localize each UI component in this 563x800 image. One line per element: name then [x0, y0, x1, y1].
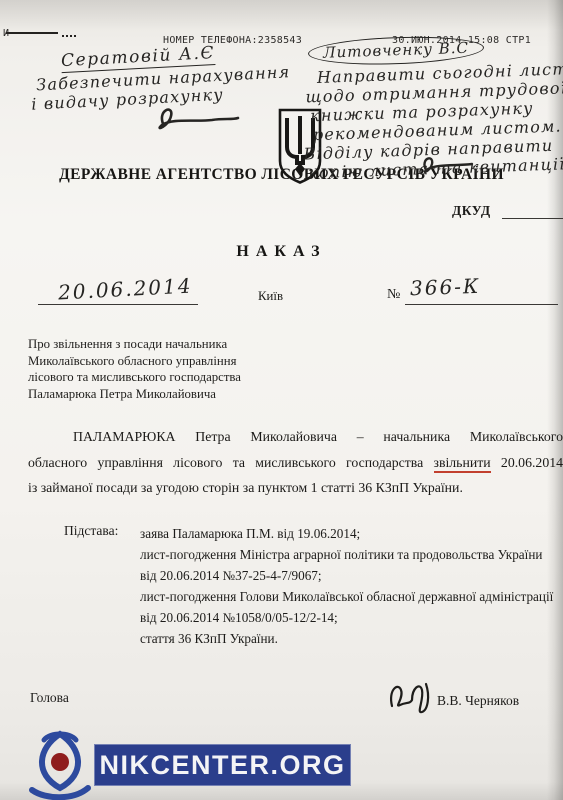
body-line-3: із займаної посади за угодою сторін за п…	[28, 475, 563, 501]
scan-shade-top	[0, 0, 563, 30]
number-blank-line	[405, 290, 558, 305]
body-line-2: обласного управління лісового та мисливс…	[28, 450, 563, 476]
body-line-1: ПАЛАМАРЮКА Петра Миколайовича – начальни…	[28, 424, 563, 450]
dkud-label: ДКУД	[452, 203, 491, 219]
red-underlined-word: звільнити	[434, 455, 491, 473]
nikcenter-watermark: NIKCENTER.ORG	[94, 744, 351, 786]
city-label: Київ	[258, 289, 283, 304]
grounds-list: заява Паламарюка П.М. від 19.06.2014; ли…	[140, 523, 562, 649]
subject-line: Про звільнення з посади начальника	[28, 336, 241, 353]
nikcenter-logo-icon	[22, 730, 98, 800]
grounds-label: Підстава:	[64, 523, 118, 539]
subject-line: Паламарюка Петра Миколайовича	[28, 386, 241, 403]
body-text: обласного управління лісового та мисливс…	[28, 455, 423, 470]
handwritten-signature-left	[138, 102, 248, 138]
number-sign: №	[387, 287, 400, 303]
nikcenter-site-label: NIKCENTER.ORG	[99, 750, 345, 781]
body-text: 20.06.2014	[501, 455, 563, 470]
subject-line: лісового та мисливського господарства	[28, 369, 241, 386]
grounds-item: лист-погодження Міністра аграрної політи…	[140, 544, 562, 586]
fax-left-line	[6, 32, 58, 34]
grounds-item: стаття 36 КЗпП України.	[140, 628, 562, 649]
signer-name: В.В. Черняков	[437, 693, 519, 709]
order-body: ПАЛАМАРЮКА Петра Миколайовича – начальни…	[28, 424, 563, 501]
signer-position-label: Голова	[30, 690, 69, 706]
subject-line: Миколаївського обласного управління	[28, 353, 241, 370]
dkud-blank-line	[502, 204, 563, 219]
grounds-item: заява Паламарюка П.М. від 19.06.2014;	[140, 523, 562, 544]
order-title: НАКАЗ	[0, 243, 563, 261]
subject-block: Про звільнення з посади начальника Микол…	[28, 336, 241, 402]
fax-left-dots	[62, 35, 76, 37]
grounds-item: лист-погодження Голови Миколаївської обл…	[140, 586, 562, 628]
scanned-order-document: И НОМЕР ТЕЛЕФОНА:2358543 30.ИЮН.2014 15:…	[0, 0, 563, 800]
chairman-signature	[382, 674, 438, 720]
handwritten-signature-right	[412, 152, 482, 178]
date-blank-line	[38, 290, 198, 305]
